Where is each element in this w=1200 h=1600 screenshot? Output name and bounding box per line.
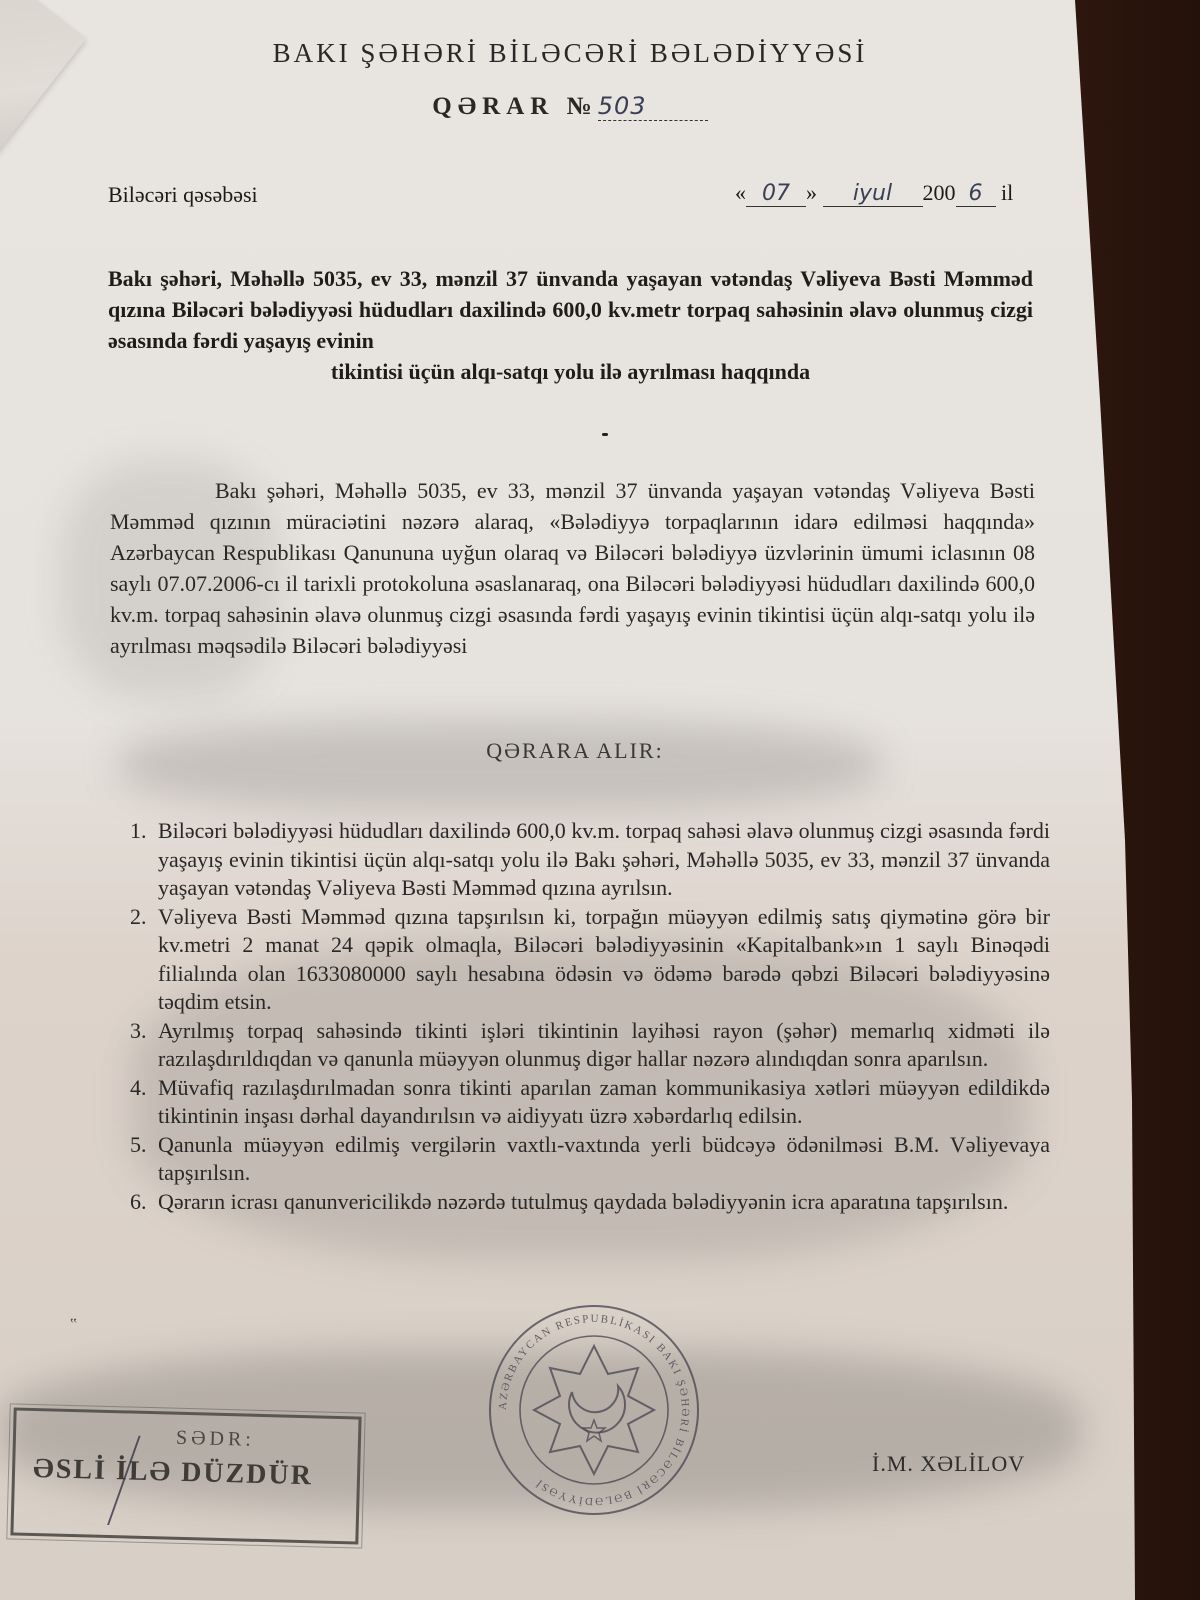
subject-line: Bakı şəhəri, Məhəllə 5035, ev 33, mənzil… <box>108 266 1033 353</box>
date-day: 07 <box>746 181 806 207</box>
margin-mark: ‟ <box>70 1316 77 1334</box>
decree-label: QƏRAR № <box>432 93 597 120</box>
handwritten-signature <box>107 1436 231 1528</box>
item-text: Müvafiq razılaşdırılmadan sonra tikinti … <box>158 1074 1050 1131</box>
item-number: 1. <box>130 817 158 903</box>
item-text: Vəliyeva Bəsti Məmməd qızına tapşırılsın… <box>158 903 1050 1017</box>
resolves-heading: QƏRARA ALIR: <box>0 738 1150 764</box>
item-number: 5. <box>130 1131 158 1188</box>
subject-line: tikintisi üçün alqı-satqı yolu ilə ayrıl… <box>108 356 1033 387</box>
seal-text: AZƏRBAYCAN RESPUBLİKASI BAKI ŞƏHƏRİ BİLƏ… <box>497 1313 691 1507</box>
date-close-quote: » <box>806 180 817 205</box>
decree-date: «07» iyul2006 il <box>735 180 1013 207</box>
official-seal-icon: AZƏRBAYCAN RESPUBLİKASI BAKI ŞƏHƏRİ BİLƏ… <box>486 1302 702 1518</box>
ink-dot <box>602 433 608 436</box>
decree-item: 5.Qanunla müəyyən edilmiş vergilərin vax… <box>130 1131 1050 1188</box>
date-month: iyul <box>823 181 923 207</box>
item-text: Biləcəri bələdiyyəsi hüdudları daxilində… <box>158 817 1050 903</box>
decree-item: 6.Qərarın icrası qanunvericilikdə nəzərd… <box>130 1188 1050 1217</box>
date-open-quote: « <box>735 180 746 205</box>
decree-heading: QƏRAR №503 <box>0 92 1140 121</box>
item-text: Qanunla müəyyən edilmiş vergilərin vaxtl… <box>158 1131 1050 1188</box>
signatory-name: İ.M. XƏLİLOV <box>872 1451 1025 1477</box>
decree-items-list: 1.Biləcəri bələdiyyəsi hüdudları daxilin… <box>130 817 1050 1216</box>
certified-copy-stamp: SƏDR: ƏSLİ İLƏ DÜZDÜR <box>10 1407 361 1544</box>
date-year-word: il <box>1001 180 1013 205</box>
decree-item: 1.Biləcəri bələdiyyəsi hüdudları daxilin… <box>130 817 1050 903</box>
place-of-issue: Biləcəri qəsəbəsi <box>108 182 258 208</box>
item-number: 6. <box>130 1188 158 1217</box>
item-text: Ayrılmış torpaq sahəsində tikinti işləri… <box>158 1017 1050 1074</box>
municipality-title: BAKI ŞƏHƏRİ BİLƏCƏRİ BƏLƏDİYYƏSİ <box>0 38 1140 69</box>
item-text: Qərarın icrası qanunvericilikdə nəzərdə … <box>158 1188 1050 1217</box>
date-year-suffix: 6 <box>956 181 996 207</box>
preamble-text: Bakı şəhəri, Məhəllə 5035, ev 33, mənzil… <box>110 478 1035 658</box>
decree-item: 2.Vəliyeva Bəsti Məmməd qızına tapşırıls… <box>130 903 1050 1017</box>
decree-item: 4.Müvafiq razılaşdırılmadan sonra tikint… <box>130 1074 1050 1131</box>
item-number: 3. <box>130 1017 158 1074</box>
photocopy-smudge <box>120 720 880 810</box>
decree-item: 3.Ayrılmış torpaq sahəsində tikinti işlə… <box>130 1017 1050 1074</box>
decree-subject: Bakı şəhəri, Məhəllə 5035, ev 33, mənzil… <box>108 263 1033 387</box>
item-number: 4. <box>130 1074 158 1131</box>
preamble-paragraph: Bakı şəhəri, Məhəllə 5035, ev 33, mənzil… <box>110 475 1035 661</box>
decree-number: 503 <box>598 92 708 121</box>
date-year-prefix: 200 <box>923 180 956 205</box>
item-number: 2. <box>130 903 158 1017</box>
